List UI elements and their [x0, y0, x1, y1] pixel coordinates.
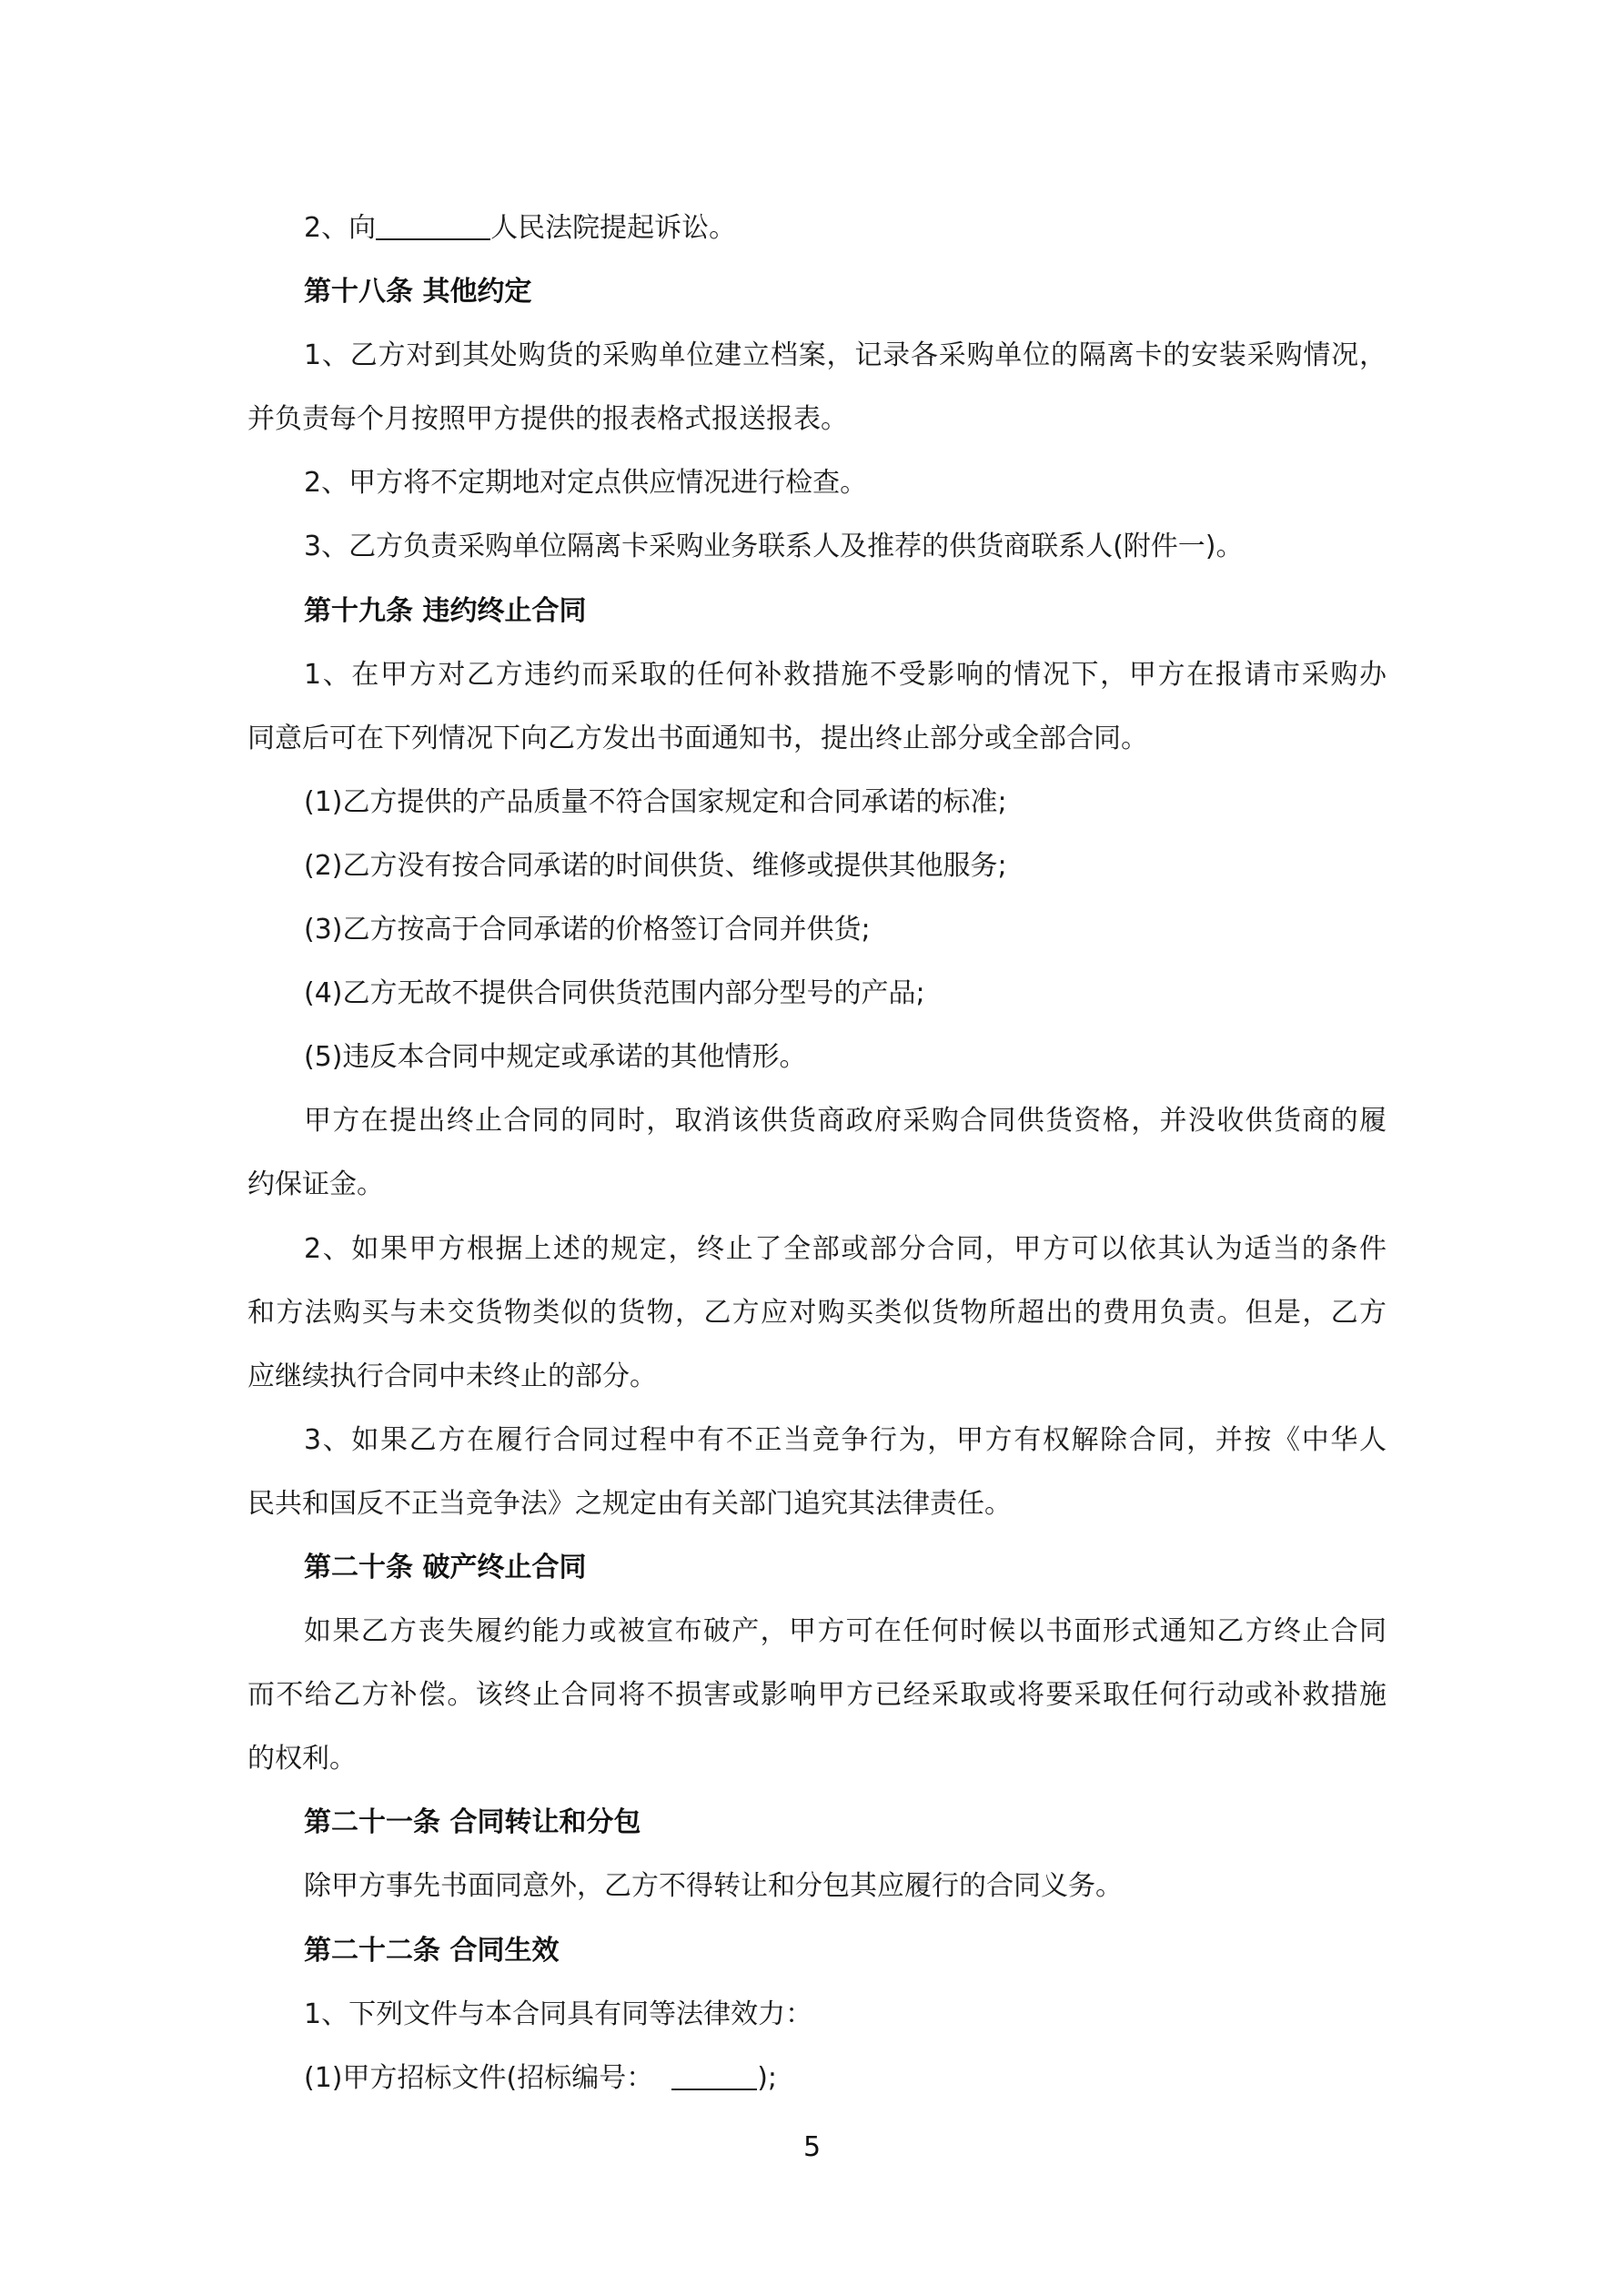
paragraph-line: 2、如果甲方根据上述的规定，终止了全部或部分合同，甲方可以依其认为适当的条件: [247, 1218, 1387, 1281]
paragraph-line: 1、在甲方对乙方违约而采取的任何补救措施不受影响的情况下，甲方在报请市采购办: [247, 643, 1387, 707]
paragraph-line: 的权利。: [247, 1727, 1387, 1791]
paragraph-line: 3、乙方负责采购单位隔离卡采购业务联系人及推荐的供货商联系人(附件一)。: [247, 515, 1387, 579]
paragraph-line: 如果乙方丧失履约能力或被宣布破产，甲方可在任何时候以书面形式通知乙方终止合同: [247, 1600, 1387, 1664]
article-20-heading: 第二十条 破产终止合同: [247, 1536, 1387, 1600]
article-18-heading: 第十八条 其他约定: [247, 260, 1387, 324]
paragraph-line: 同意后可在下列情况下向乙方发出书面通知书，提出终止部分或全部合同。: [247, 707, 1387, 771]
list-item-text: );: [757, 2062, 777, 2094]
paragraph-line: 2、甲方将不定期地对定点供应情况进行检查。: [247, 451, 1387, 515]
document-body: 2、向人民法院提起诉讼。 第十八条 其他约定 1、乙方对到其处购货的采购单位建立…: [247, 197, 1387, 2110]
paragraph-line: 甲方在提出终止合同的同时，取消该供货商政府采购合同供货资格，并没收供货商的履: [247, 1089, 1387, 1153]
court-name-blank: [376, 238, 490, 240]
paragraph-line: 而不给乙方补偿。该终止合同将不损害或影响甲方已经采取或将要采取任何行动或补救措施: [247, 1664, 1387, 1727]
list-item: (5)违反本合同中规定或承诺的其他情形。: [247, 1026, 1387, 1089]
paragraph-line: 并负责每个月按照甲方提供的报表格式报送报表。: [247, 388, 1387, 451]
paragraph-line: 1、下列文件与本合同具有同等法律效力：: [247, 1983, 1387, 2047]
paragraph-line: 民共和国反不正当竞争法》之规定由有关部门追究其法律责任。: [247, 1472, 1387, 1536]
article-22-heading: 第二十二条 合同生效: [247, 1919, 1387, 1983]
tender-number-blank: [671, 2088, 757, 2090]
list-item: (2)乙方没有按合同承诺的时间供货、维修或提供其他服务;: [247, 834, 1387, 898]
paragraph-line: 和方法购买与未交货物类似的货物，乙方应对购买类似货物所超出的费用负责。但是，乙方: [247, 1281, 1387, 1345]
page-number: 5: [0, 2129, 1624, 2166]
paragraph-line: 约保证金。: [247, 1153, 1387, 1217]
clause-text: 人民法院提起诉讼。: [490, 212, 736, 244]
clause-text: 2、向: [304, 212, 376, 244]
paragraph-line: 除甲方事先书面同意外，乙方不得转让和分包其应履行的合同义务。: [247, 1855, 1387, 1918]
document-page: 2、向人民法院提起诉讼。 第十八条 其他约定 1、乙方对到其处购货的采购单位建立…: [0, 0, 1624, 2296]
article-19-heading: 第十九条 违约终止合同: [247, 580, 1387, 643]
paragraph-line: 应继续执行合同中未终止的部分。: [247, 1345, 1387, 1409]
clause-line: 2、向人民法院提起诉讼。: [247, 197, 1387, 260]
list-item-text: (1)甲方招标文件(招标编号：: [304, 2062, 653, 2094]
list-item: (3)乙方按高于合同承诺的价格签订合同并供货;: [247, 898, 1387, 962]
list-item: (1)乙方提供的产品质量不符合国家规定和合同承诺的标准;: [247, 771, 1387, 834]
paragraph-line: 3、如果乙方在履行合同过程中有不正当竞争行为，甲方有权解除合同，并按《中华人: [247, 1409, 1387, 1472]
list-item: (4)乙方无故不提供合同供货范围内部分型号的产品;: [247, 962, 1387, 1026]
paragraph-line: 1、乙方对到其处购货的采购单位建立档案，记录各采购单位的隔离卡的安装采购情况，: [247, 324, 1387, 388]
list-item: (1)甲方招标文件(招标编号：);: [247, 2047, 1387, 2110]
article-21-heading: 第二十一条 合同转让和分包: [247, 1791, 1387, 1855]
